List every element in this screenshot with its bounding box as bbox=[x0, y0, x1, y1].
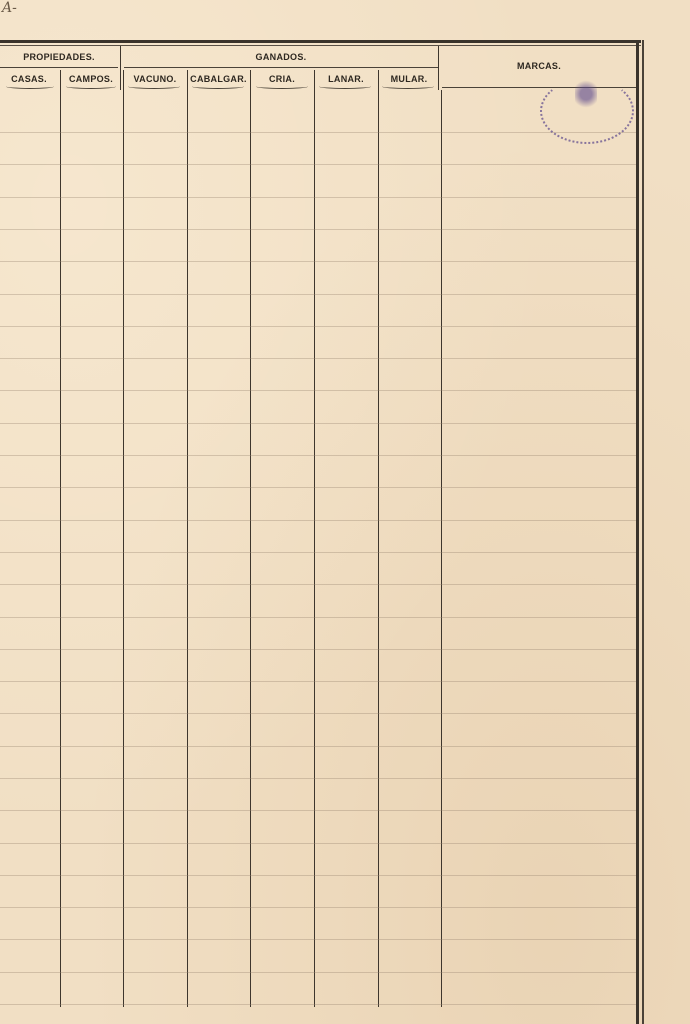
column-header-mular: MULAR. bbox=[378, 74, 440, 84]
top-border bbox=[0, 40, 641, 43]
column-rule bbox=[187, 70, 188, 1007]
column-header-campos: CAMPOS. bbox=[60, 74, 122, 84]
ruled-line bbox=[0, 132, 636, 133]
column-header-casas: CASAS. bbox=[0, 74, 58, 84]
ruled-line bbox=[0, 939, 636, 940]
column-rule bbox=[441, 90, 442, 1007]
group-header-ganados: GANADOS. bbox=[124, 52, 438, 62]
ruled-line bbox=[0, 261, 636, 262]
ruled-line bbox=[0, 778, 636, 779]
column-rule bbox=[123, 70, 124, 1007]
header-ornament bbox=[128, 84, 180, 89]
group-header-propiedades: PROPIEDADES. bbox=[0, 52, 118, 62]
top-border-inner bbox=[0, 45, 641, 46]
ruled-line bbox=[0, 326, 636, 327]
ruled-line bbox=[0, 197, 636, 198]
ruled-line bbox=[0, 907, 636, 908]
ruled-line bbox=[0, 390, 636, 391]
ruled-line bbox=[0, 713, 636, 714]
header-ornament bbox=[256, 84, 308, 89]
column-header-lanar: LANAR. bbox=[314, 74, 378, 84]
group-separator bbox=[124, 67, 438, 68]
right-border-outer bbox=[642, 40, 644, 1024]
ruled-line bbox=[0, 358, 636, 359]
header-ornament bbox=[382, 84, 434, 89]
ruled-line bbox=[0, 487, 636, 488]
header-ornament bbox=[66, 84, 116, 89]
ruled-line bbox=[0, 229, 636, 230]
ruled-line bbox=[0, 294, 636, 295]
column-rule bbox=[60, 70, 61, 1007]
group-separator bbox=[0, 67, 118, 68]
ruled-line bbox=[0, 552, 636, 553]
column-header-vacuno: VACUNO. bbox=[123, 74, 187, 84]
ruled-line bbox=[0, 649, 636, 650]
column-header-cabalgar: CABALGAR. bbox=[187, 74, 250, 84]
ruled-line bbox=[0, 681, 636, 682]
stamp-emblem-icon bbox=[575, 78, 597, 110]
column-rule bbox=[120, 46, 121, 90]
column-rule bbox=[314, 70, 315, 1007]
ruled-line bbox=[0, 972, 636, 973]
column-rule bbox=[438, 46, 439, 90]
column-header-cria: CRIA. bbox=[250, 74, 314, 84]
ruled-line bbox=[0, 584, 636, 585]
column-header-marcas: MARCAS. bbox=[442, 61, 636, 71]
header-ornament bbox=[6, 84, 54, 89]
ruled-line bbox=[0, 843, 636, 844]
column-rule bbox=[250, 70, 251, 1007]
ruled-line bbox=[0, 423, 636, 424]
header-ornament bbox=[319, 84, 371, 89]
right-border bbox=[636, 40, 639, 1024]
ruled-line bbox=[0, 875, 636, 876]
ruled-line bbox=[0, 746, 636, 747]
column-rule bbox=[378, 70, 379, 1007]
ruled-line bbox=[0, 1004, 636, 1005]
header-ornament bbox=[192, 84, 244, 89]
ruled-line bbox=[0, 617, 636, 618]
ruled-line bbox=[0, 164, 636, 165]
ruled-line bbox=[0, 455, 636, 456]
ruled-line bbox=[0, 810, 636, 811]
ruled-line bbox=[0, 520, 636, 521]
corner-mark: A- bbox=[2, 0, 17, 16]
